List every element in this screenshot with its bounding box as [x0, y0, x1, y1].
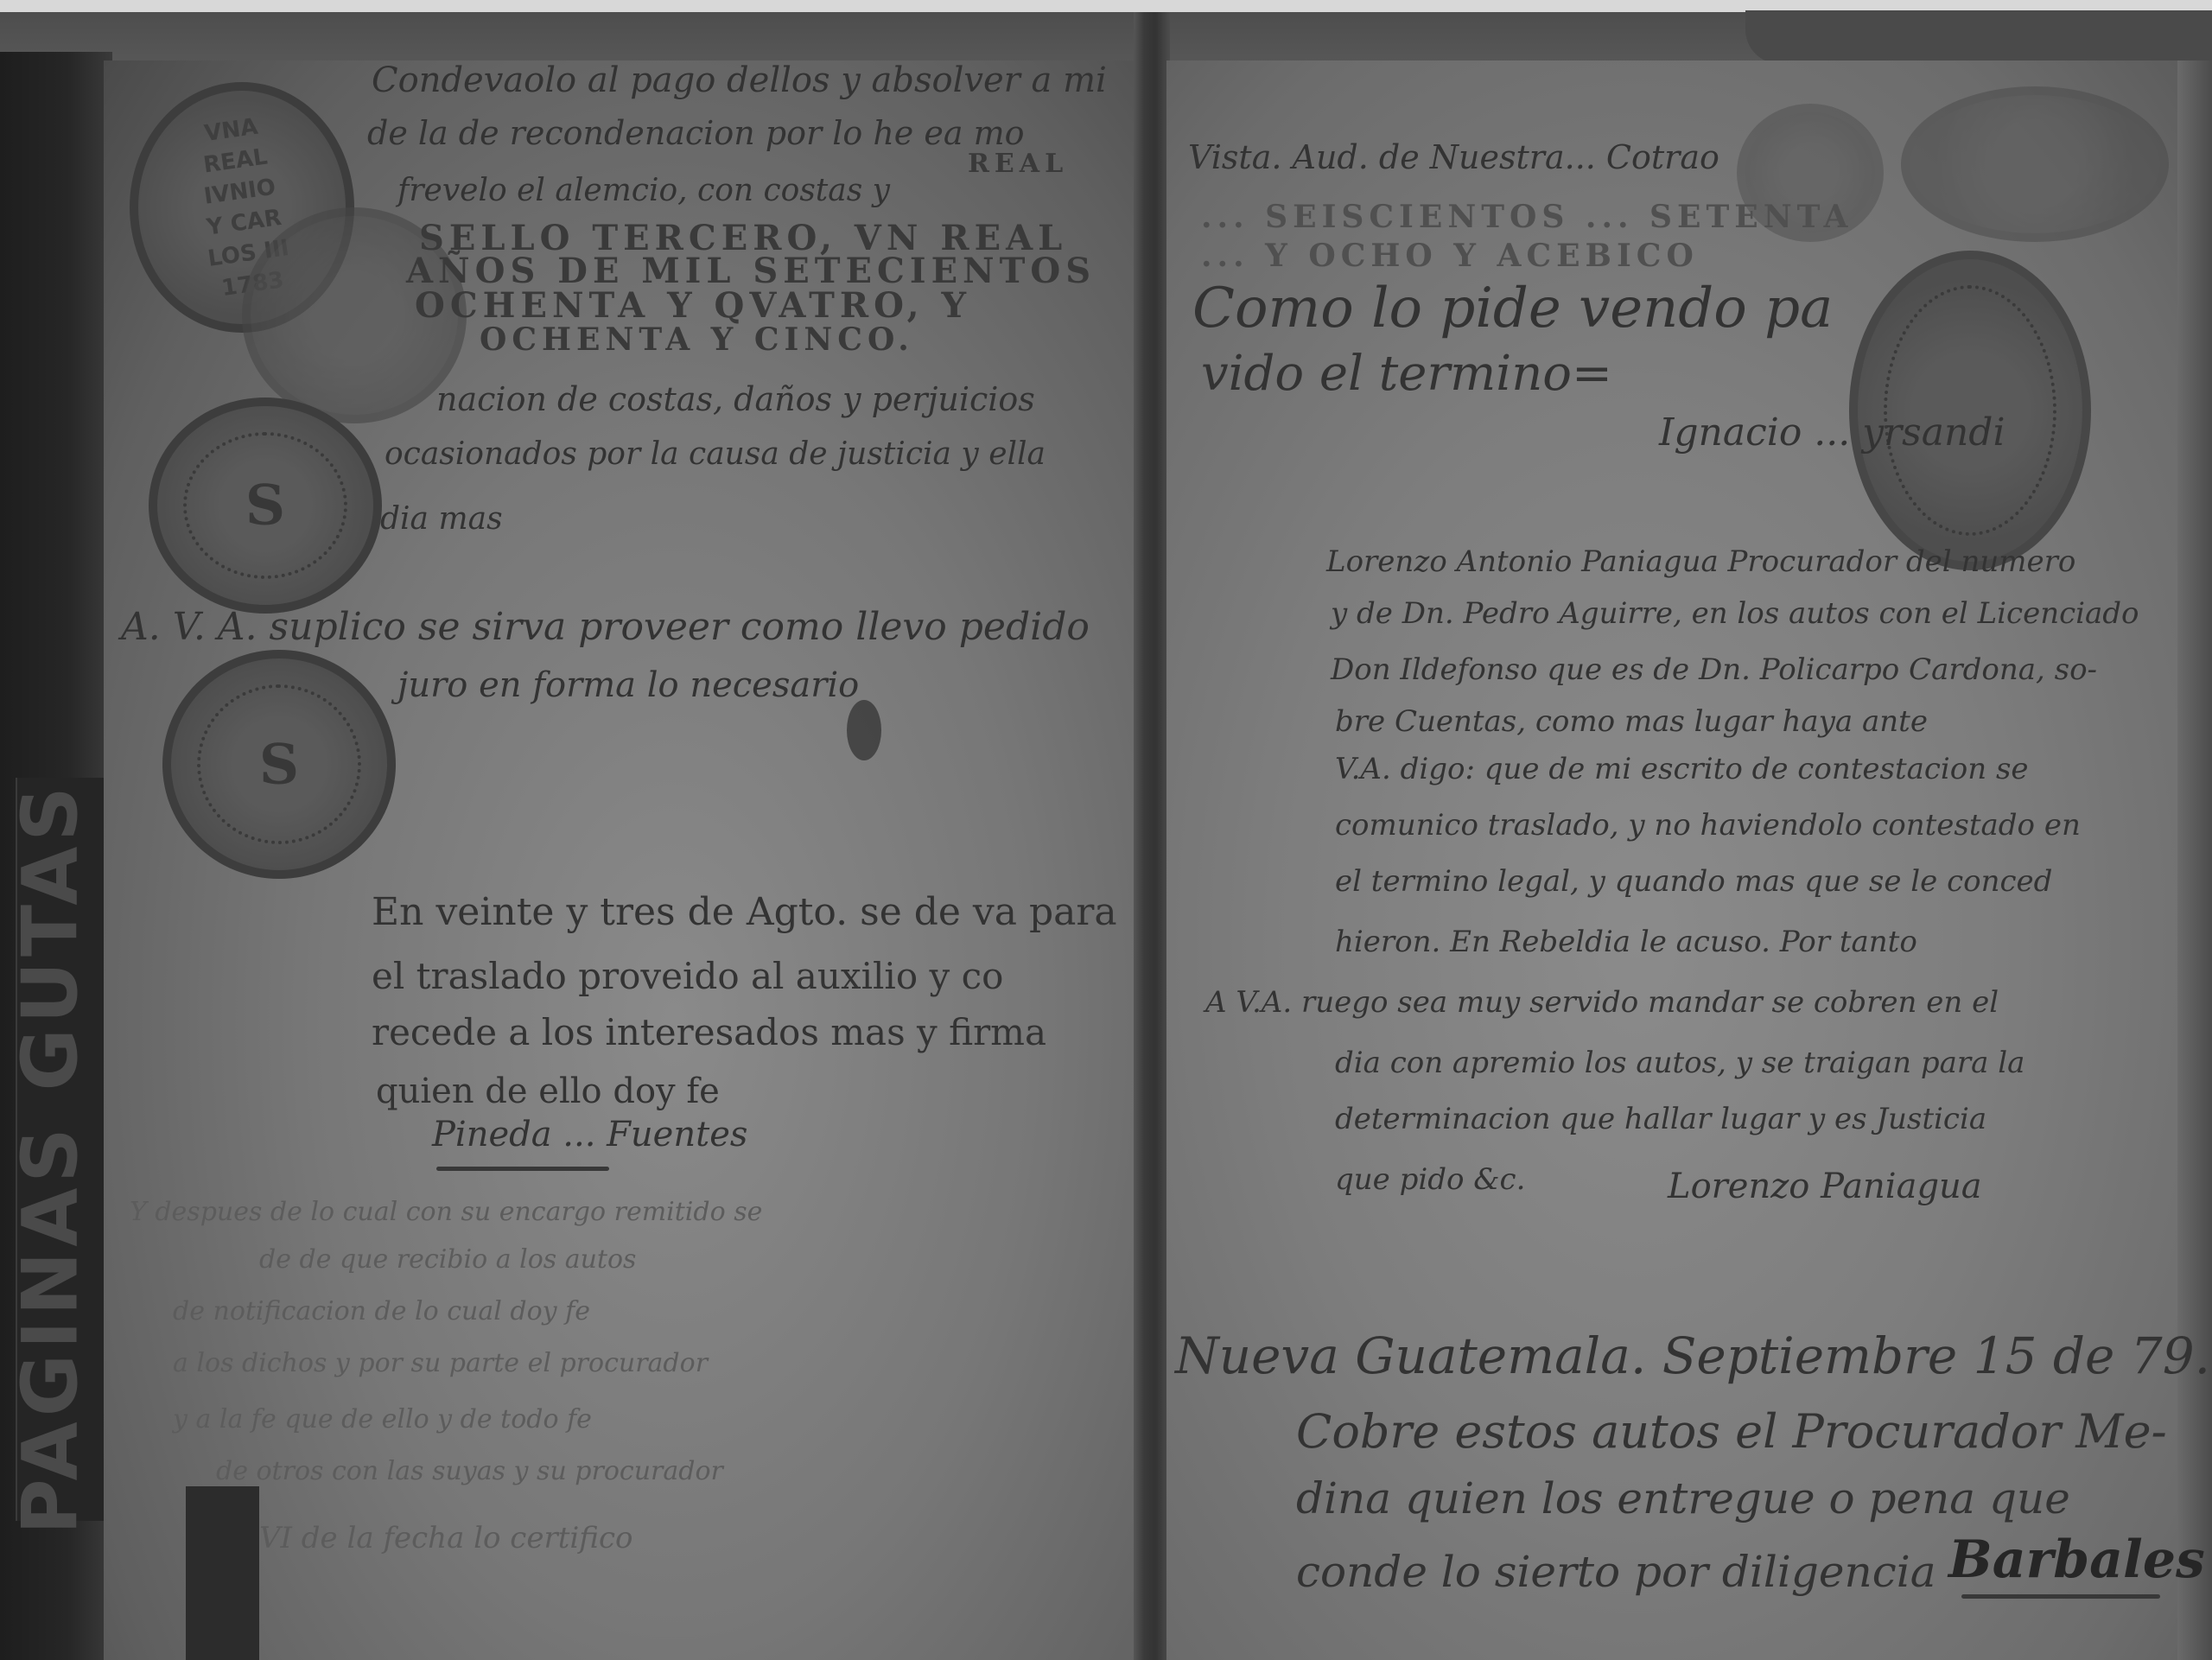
- right-petition-line: Lorenzo Antonio Paniagua Procurador del …: [1326, 544, 2075, 579]
- center-gutter: [1134, 12, 1170, 1660]
- right-decree-line: conde lo sierto por diligencia: [1296, 1547, 1936, 1597]
- top-right-cover-edge: [1745, 10, 2212, 64]
- right-petition-line: que pido &c.: [1335, 1162, 1525, 1197]
- right-printed-stamp-line: ... SEISCIENTOS ... SETENTA: [1201, 199, 1853, 235]
- right-petition-line: Don Ildefonso que es de Dn. Policarpo Ca…: [1331, 652, 2097, 687]
- left-faded-line: de otros con las suyas y su procurador: [216, 1456, 723, 1486]
- left-petition-line: A. V. A. suplico se sirva proveer como l…: [121, 605, 1090, 649]
- left-page-stamp-seal-middle: S: [149, 398, 382, 614]
- left-handwritten-line: frevelo el alemcio, con costas y: [397, 173, 890, 208]
- left-decree-line: recede a los interesados mas y firma: [372, 1011, 1046, 1053]
- seal-emblem-icon: S: [259, 732, 299, 797]
- right-signature-top: Ignacio ... yrsandi: [1659, 410, 2005, 455]
- left-faded-line: de notificacion de lo cual doy fe: [173, 1296, 590, 1326]
- left-faded-line: a los dichos y por su parte el procurado…: [173, 1348, 708, 1378]
- right-petition-line: y de Dn. Pedro Aguirre, en los autos con…: [1331, 596, 2139, 631]
- right-page-edge: [2177, 60, 2212, 1660]
- left-handwritten-line: ocasionados por la causa de justicia y e…: [385, 436, 1046, 472]
- seal-emblem-icon: S: [245, 474, 285, 538]
- left-decree-signatures: Pineda ... Fuentes: [432, 1115, 747, 1154]
- ink-blot: [847, 700, 881, 760]
- right-order-line: vido el termino=: [1201, 346, 1612, 402]
- right-petition-line: el termino legal, y quando mas que se le…: [1335, 864, 2052, 899]
- right-decree-line: Cobre estos autos el Procurador Me-: [1296, 1404, 2167, 1459]
- left-petition-line: juro en forma lo necesario: [397, 665, 859, 705]
- right-page-faint-seal-top: [1901, 86, 2169, 242]
- right-petition-line: dia con apremio los autos, y se traigan …: [1335, 1046, 2024, 1080]
- printed-stamp-line: REAL: [968, 149, 1068, 179]
- left-decree-line: el traslado proveido al auxilio y co: [372, 955, 1003, 997]
- signature-flourish: [1961, 1594, 2160, 1599]
- printed-stamp-line: OCHENTA Y CINCO.: [480, 321, 914, 358]
- right-petition-line: determinacion que hallar lugar y es Just…: [1335, 1102, 1986, 1136]
- left-faded-line: Y despues de lo cual con su encargo remi…: [130, 1197, 762, 1227]
- left-handwritten-line: nacion de costas, daños y perjuicios: [436, 380, 1035, 418]
- left-handwritten-line: Condevaolo al pago dellos y absolver a m…: [372, 60, 1107, 100]
- right-petition-line: A V.A. ruego sea muy servido mandar se c…: [1205, 985, 1999, 1020]
- right-petition-line: V.A. digo: que de mi escrito de contesta…: [1335, 752, 2029, 786]
- right-petition-line: hieron. En Rebeldia le acuso. Por tanto: [1335, 925, 1917, 959]
- book-spine: PAGINAS GUTAS: [0, 52, 112, 1660]
- right-petition-line: comunico traslado, y no haviendolo conte…: [1335, 808, 2081, 843]
- right-decree-line: dina quien los entregue o pena que: [1296, 1473, 2070, 1523]
- left-faded-line: VI de la fecha lo certifico: [259, 1521, 632, 1555]
- right-petition-signature: Lorenzo Paniagua: [1668, 1167, 1982, 1206]
- left-faded-line: de de que recibio a los autos: [259, 1244, 636, 1275]
- right-petition-line: bre Cuentas, como mas lugar haya ante: [1335, 704, 1928, 739]
- printed-stamp-line: OCHENTA Y QVATRO, Y: [415, 285, 971, 326]
- signature-flourish: [436, 1167, 609, 1171]
- right-order-line: Como lo pide vendo pa: [1192, 277, 1833, 340]
- left-decree-line: En veinte y tres de Agto. se de va para: [372, 890, 1117, 934]
- left-page-stamp-seal-lower: S: [162, 650, 396, 879]
- right-printed-stamp-line: ... Y OCHO Y ACEBICO: [1201, 238, 1699, 274]
- left-handwritten-line: de la de recondenacion por lo he ea mo: [367, 114, 1025, 152]
- bottom-binding-tab: [186, 1486, 259, 1660]
- right-decree-date: Nueva Guatemala. Septiembre 15 de 79.: [1175, 1326, 2210, 1385]
- right-header-handwritten: Vista. Aud. de Nuestra... Cotrao: [1188, 138, 1719, 176]
- right-decree-signature: Barbales: [1948, 1530, 2205, 1590]
- spine-label-text: PAGINAS GUTAS: [6, 781, 95, 1535]
- left-faded-line: y a la fe que de ello y de todo fe: [173, 1404, 592, 1434]
- left-handwritten-line: dia mas: [380, 501, 503, 537]
- left-decree-line: quien de ello doy fe: [376, 1072, 720, 1111]
